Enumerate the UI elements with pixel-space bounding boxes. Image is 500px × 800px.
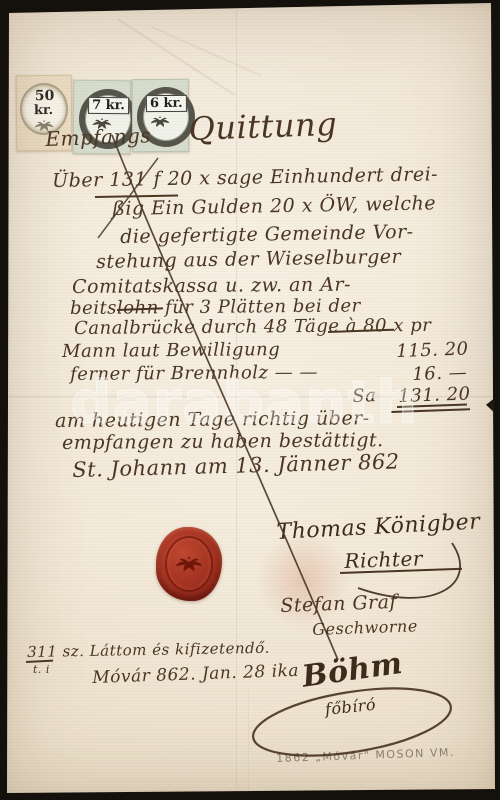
stamp-7kr-value: 7 kr.: [88, 97, 129, 114]
stamp-6kr-value: 6 kr.: [146, 95, 187, 112]
signature-secondary-title: Geschworne: [312, 616, 418, 639]
signature-primary-title: Richter: [344, 546, 423, 573]
body-line-1: Über 131 f 20 x sage Einhundert drei-: [52, 163, 438, 192]
heading-title: Quittung: [188, 105, 338, 148]
amount-wood: 16. —: [412, 362, 468, 385]
body-line-2: ßig Ein Gulden 20 x ÖW, welche: [112, 192, 436, 220]
underline-total-2: [391, 408, 470, 412]
signature-secondary-name: Stefan Graf: [280, 591, 397, 617]
wax-seal: [156, 527, 222, 601]
stamp-6kr-eagle-icon: [150, 115, 170, 129]
body-line-10: am heutigen Tage richtig über-: [55, 407, 370, 432]
stamp-50kr-value-top: 50: [35, 88, 55, 104]
amount-wages: 115. 20: [396, 338, 469, 362]
body-line-5: Comitatskassa u. zw. an Ar-: [72, 274, 351, 298]
wax-seal-eagle-icon: [175, 555, 203, 574]
date-line: St. Johann am 13. Jänner 862: [72, 449, 400, 482]
corner-crease-2: [151, 26, 261, 76]
body-line-9: ferner für Brennholz — —: [70, 362, 318, 385]
document-photo: { "photo": { "background_color": "#14100…: [0, 0, 500, 800]
approval-line: 311 sz. Láttom és kifizetendő.: [27, 639, 270, 661]
approval-text: sz. Láttom és kifizetendő.: [62, 639, 270, 661]
signature-primary-name: Thomas Königber: [276, 509, 481, 545]
approval-signature: Böhm: [300, 646, 405, 695]
stamp-50kr-value-bottom: kr.: [34, 103, 53, 118]
body-line-4: stehung aus der Wieselburger: [96, 246, 401, 273]
body-line-8: Mann laut Bewilligung: [62, 339, 280, 362]
approval-signer-title: főbíró: [324, 695, 377, 719]
body-line-7: Canalbrücke durch 48 Täge à 80 x pr: [74, 315, 431, 339]
bottom-fold-crease: [248, 690, 250, 792]
approval-number-note: t. i: [33, 663, 50, 676]
approval-number: 311: [27, 642, 57, 661]
body-line-3: die gefertigte Gemeinde Vor-: [120, 221, 414, 248]
total-label: Sa: [352, 385, 377, 407]
heading-prefix: Empfangs: [45, 123, 151, 151]
paper-edge-notch: [486, 394, 500, 418]
approval-date: Móvár 862. Jan. 28 ika: [92, 661, 299, 688]
paper-sheet: 50 kr. 7 kr. 6 kr. Empfangs Quittung Übe…: [0, 0, 500, 800]
pencil-note: 1862 „Móvár" MOSON VM.: [276, 746, 455, 765]
